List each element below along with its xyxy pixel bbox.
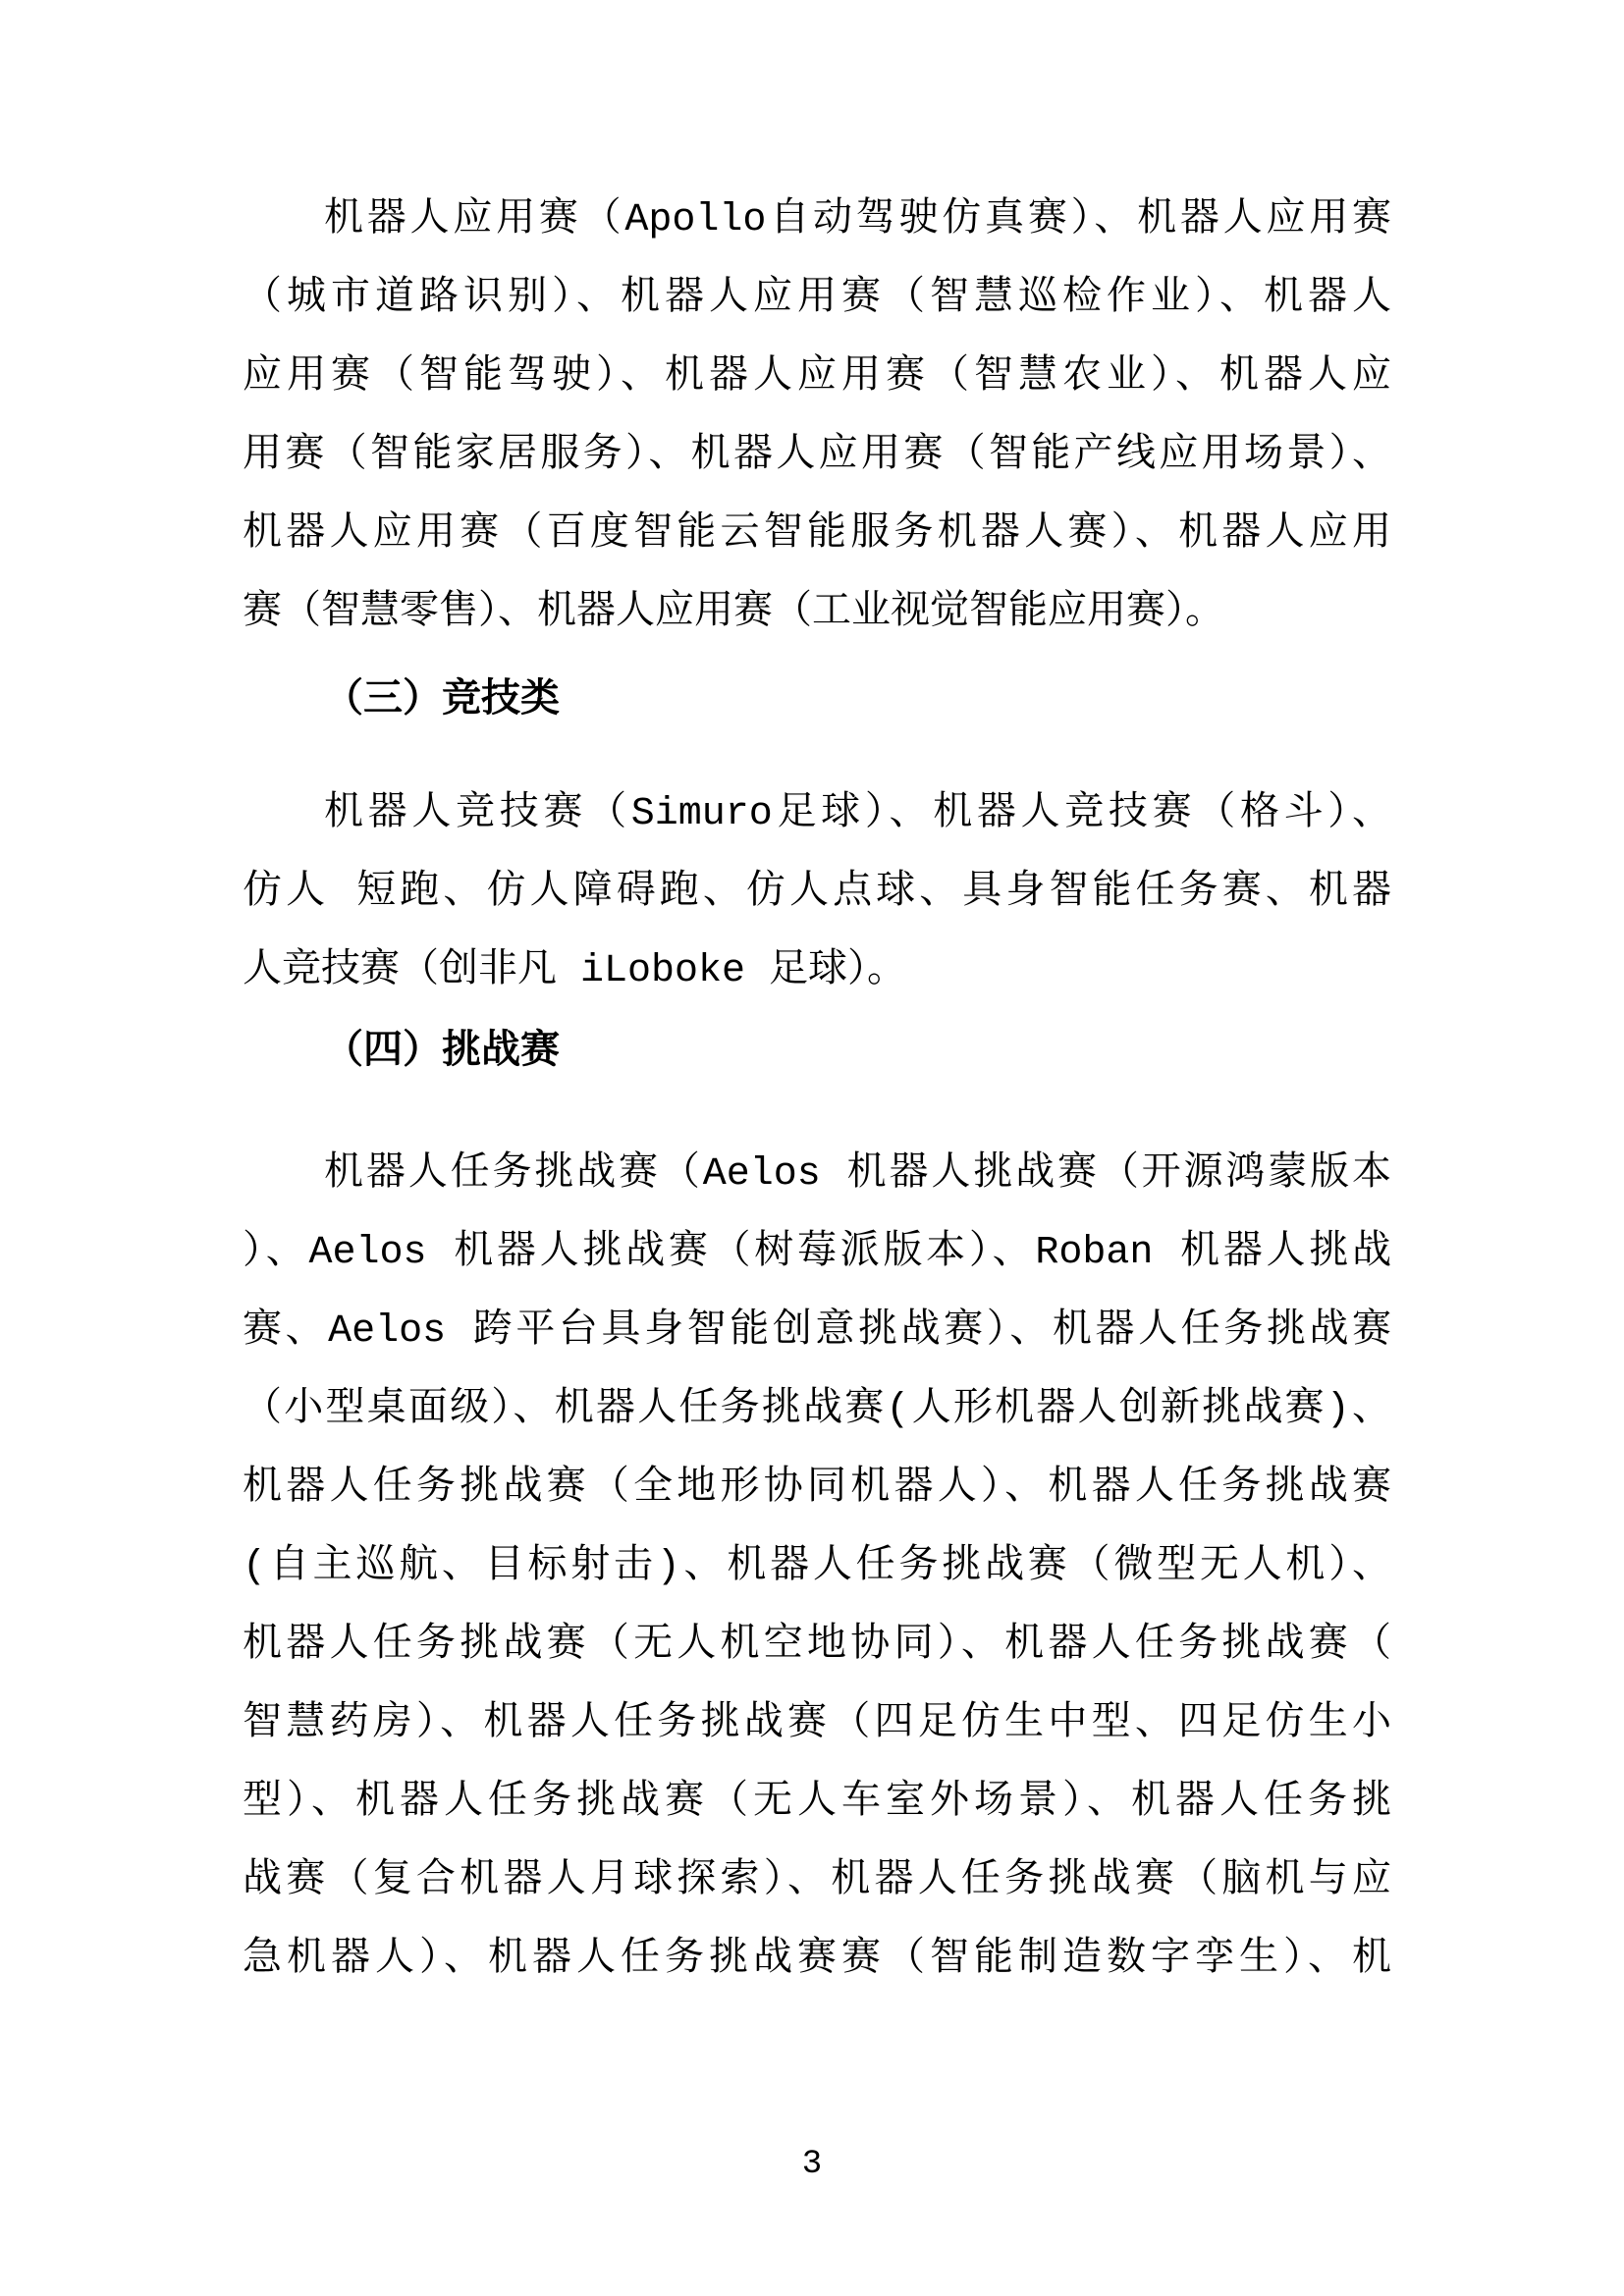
text-line: ）、Aelos 机器人挑战赛（树莓派版本）、Roban 机器人挑战 xyxy=(243,1214,1391,1293)
text-line: 机器人任务挑战赛（全地形协同机器人）、机器人任务挑战赛 xyxy=(243,1450,1391,1528)
text-line: 型）、机器人任务挑战赛（无人车室外场景）、机器人任务挑 xyxy=(243,1764,1391,1842)
text-line: （城市道路识别）、机器人应用赛（智慧巡检作业）、机器人 xyxy=(243,260,1391,339)
text-line: 应用赛（智能驾驶）、机器人应用赛（智慧农业）、机器人应 xyxy=(243,339,1391,417)
text-line: 机器人竞技赛（Simuro足球）、机器人竞技赛（格斗）、 xyxy=(243,775,1391,854)
text-line: 急机器人）、机器人任务挑战赛赛（智能制造数字孪生）、机 xyxy=(243,1921,1391,2000)
page-number: 3 xyxy=(0,2145,1624,2184)
section-heading-competitive: （三）竞技类 xyxy=(243,663,1391,741)
text-line: 智慧药房）、机器人任务挑战赛（四足仿生中型、四足仿生小 xyxy=(243,1685,1391,1764)
text-line: 人竞技赛（创非凡 iLoboke 足球）。 xyxy=(243,933,1391,1011)
text-line: 机器人应用赛（Apollo自动驾驶仿真赛）、机器人应用赛 xyxy=(243,182,1391,260)
paragraph-application-contests: 机器人应用赛（Apollo自动驾驶仿真赛）、机器人应用赛 （城市道路识别）、机器… xyxy=(243,182,1391,653)
text-line: 机器人任务挑战赛（无人机空地协同）、机器人任务挑战赛（ xyxy=(243,1607,1391,1685)
text-line: （小型桌面级）、机器人任务挑战赛(人形机器人创新挑战赛)、 xyxy=(243,1371,1391,1450)
text-line: 仿人 短跑、仿人障碍跑、仿人点球、具身智能任务赛、机器 xyxy=(243,854,1391,933)
paragraph-competitive-contests: 机器人竞技赛（Simuro足球）、机器人竞技赛（格斗）、 仿人 短跑、仿人障碍跑… xyxy=(243,775,1391,1011)
document-page: 机器人应用赛（Apollo自动驾驶仿真赛）、机器人应用赛 （城市道路识别）、机器… xyxy=(0,0,1624,2296)
text-line: 机器人任务挑战赛（Aelos 机器人挑战赛（开源鸿蒙版本 xyxy=(243,1136,1391,1214)
text-line: 用赛（智能家居服务）、机器人应用赛（智能产线应用场景）、 xyxy=(243,417,1391,496)
text-line: (自主巡航、目标射击)、机器人任务挑战赛（微型无人机）、 xyxy=(243,1528,1391,1607)
text-line: 赛（智慧零售）、机器人应用赛（工业视觉智能应用赛）。 xyxy=(243,574,1391,653)
text-line: 战赛（复合机器人月球探索）、机器人任务挑战赛（脑机与应 xyxy=(243,1842,1391,1921)
text-line: 机器人应用赛（百度智能云智能服务机器人赛）、机器人应用 xyxy=(243,496,1391,574)
paragraph-challenge-contests: 机器人任务挑战赛（Aelos 机器人挑战赛（开源鸿蒙版本 ）、Aelos 机器人… xyxy=(243,1136,1391,2000)
section-heading-challenge: （四）挑战赛 xyxy=(243,1014,1391,1093)
text-line: 赛、Aelos 跨平台具身智能创意挑战赛）、机器人任务挑战赛 xyxy=(243,1293,1391,1371)
document-body: 机器人应用赛（Apollo自动驾驶仿真赛）、机器人应用赛 （城市道路识别）、机器… xyxy=(0,0,1624,2000)
